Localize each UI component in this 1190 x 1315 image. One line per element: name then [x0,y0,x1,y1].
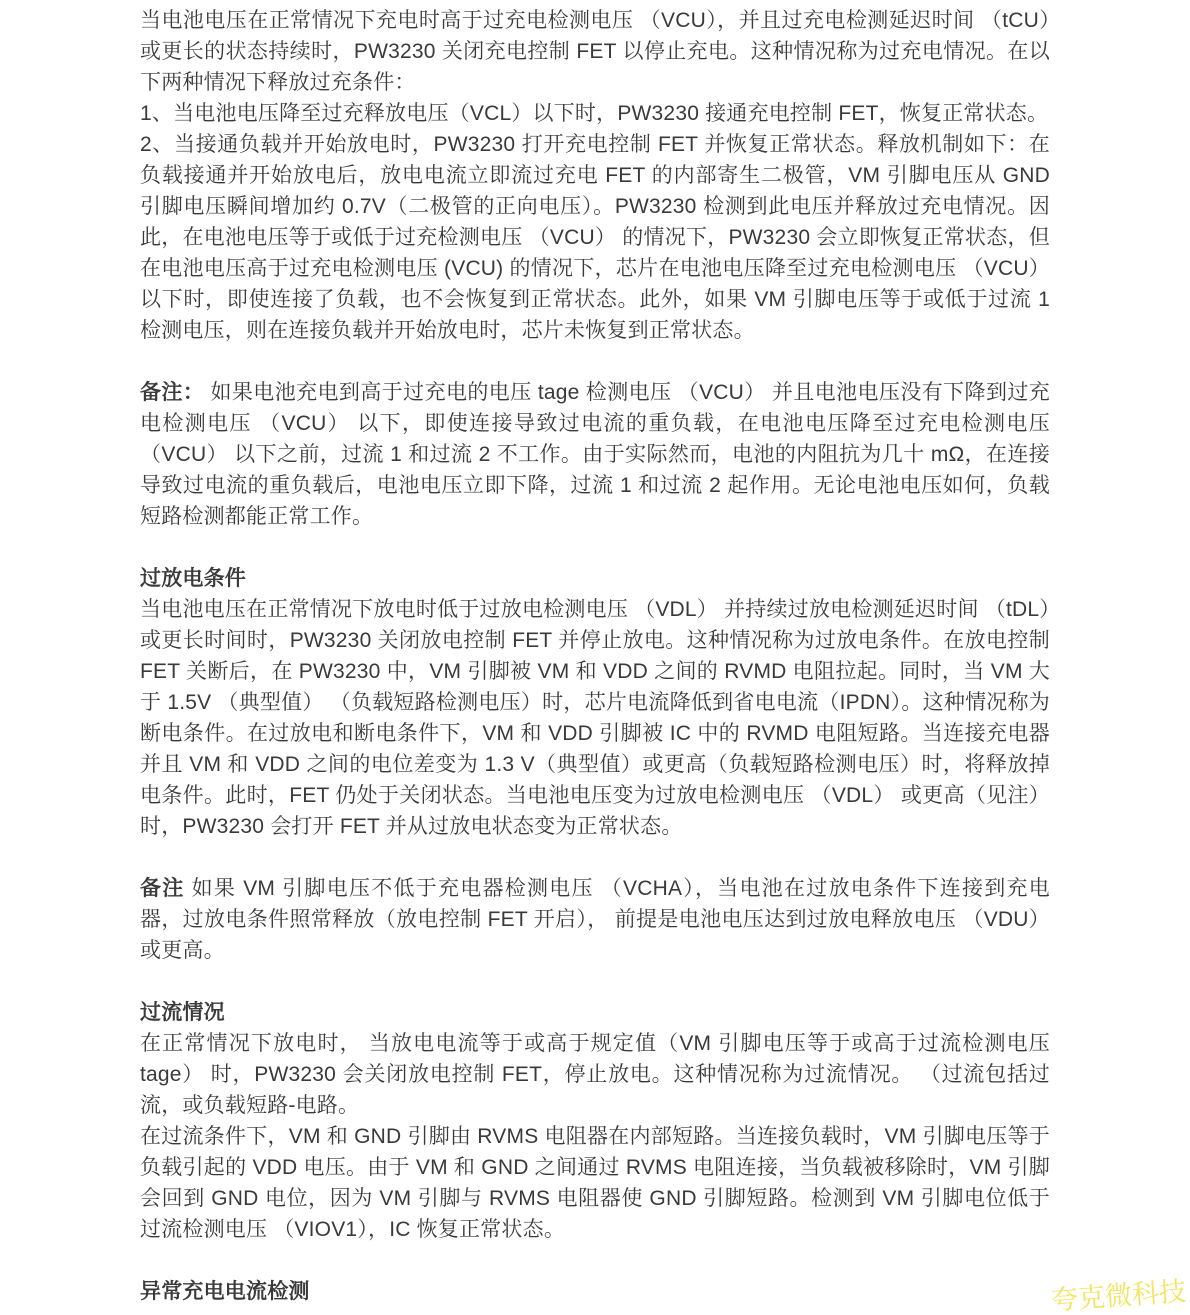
note-paragraph: 备注： 如果电池充电到高于过充电的电压 tage 检测电压 （VCU） 并且电池… [140,377,1050,532]
document-body: 当电池电压在正常情况下充电时高于过充电检测电压 （VCU），并且过充电检测延迟时… [140,5,1050,1307]
note-prefix-label: 备注 [140,877,185,900]
section-heading: 过流情况 [140,997,1050,1028]
body-paragraph: 在过流条件下，VM 和 GND 引脚由 RVMS 电阻器在内部短路。当连接负载时… [140,1121,1050,1245]
body-paragraph: 当电池电压在正常情况下放电时低于过放电检测电压 （VDL） 并持续过放电检测延迟… [140,594,1050,842]
body-paragraph: 在正常情况下放电时， 当放电电流等于或高于规定值（VM 引脚电压等于或高于过流检… [140,1028,1050,1121]
watermark-text: 夸克微科技 [1050,1276,1187,1315]
section-heading: 异常充电电流检测 [140,1276,1050,1307]
section-heading: 过放电条件 [140,563,1050,594]
body-paragraph: 2、当接通负载并开始放电时，PW3230 打开充电控制 FET 并恢复正常状态。… [140,129,1050,346]
note-prefix-label: 备注： [140,381,204,404]
note-text: 如果 VM 引脚电压不低于充电器检测电压 （VCHA），当电池在过放电条件下连接… [140,877,1050,962]
note-text: 如果电池充电到高于过充电的电压 tage 检测电压 （VCU） 并且电池电压没有… [140,381,1050,528]
body-paragraph: 1、当电池电压降至过充释放电压（VCL）以下时，PW3230 接通充电控制 FE… [140,98,1050,129]
note-paragraph: 备注 如果 VM 引脚电压不低于充电器检测电压 （VCHA），当电池在过放电条件… [140,873,1050,966]
body-paragraph: 当电池电压在正常情况下充电时高于过充电检测电压 （VCU），并且过充电检测延迟时… [140,5,1050,98]
page: { "page": { "background": "#ffffff", "te… [0,0,1190,1315]
